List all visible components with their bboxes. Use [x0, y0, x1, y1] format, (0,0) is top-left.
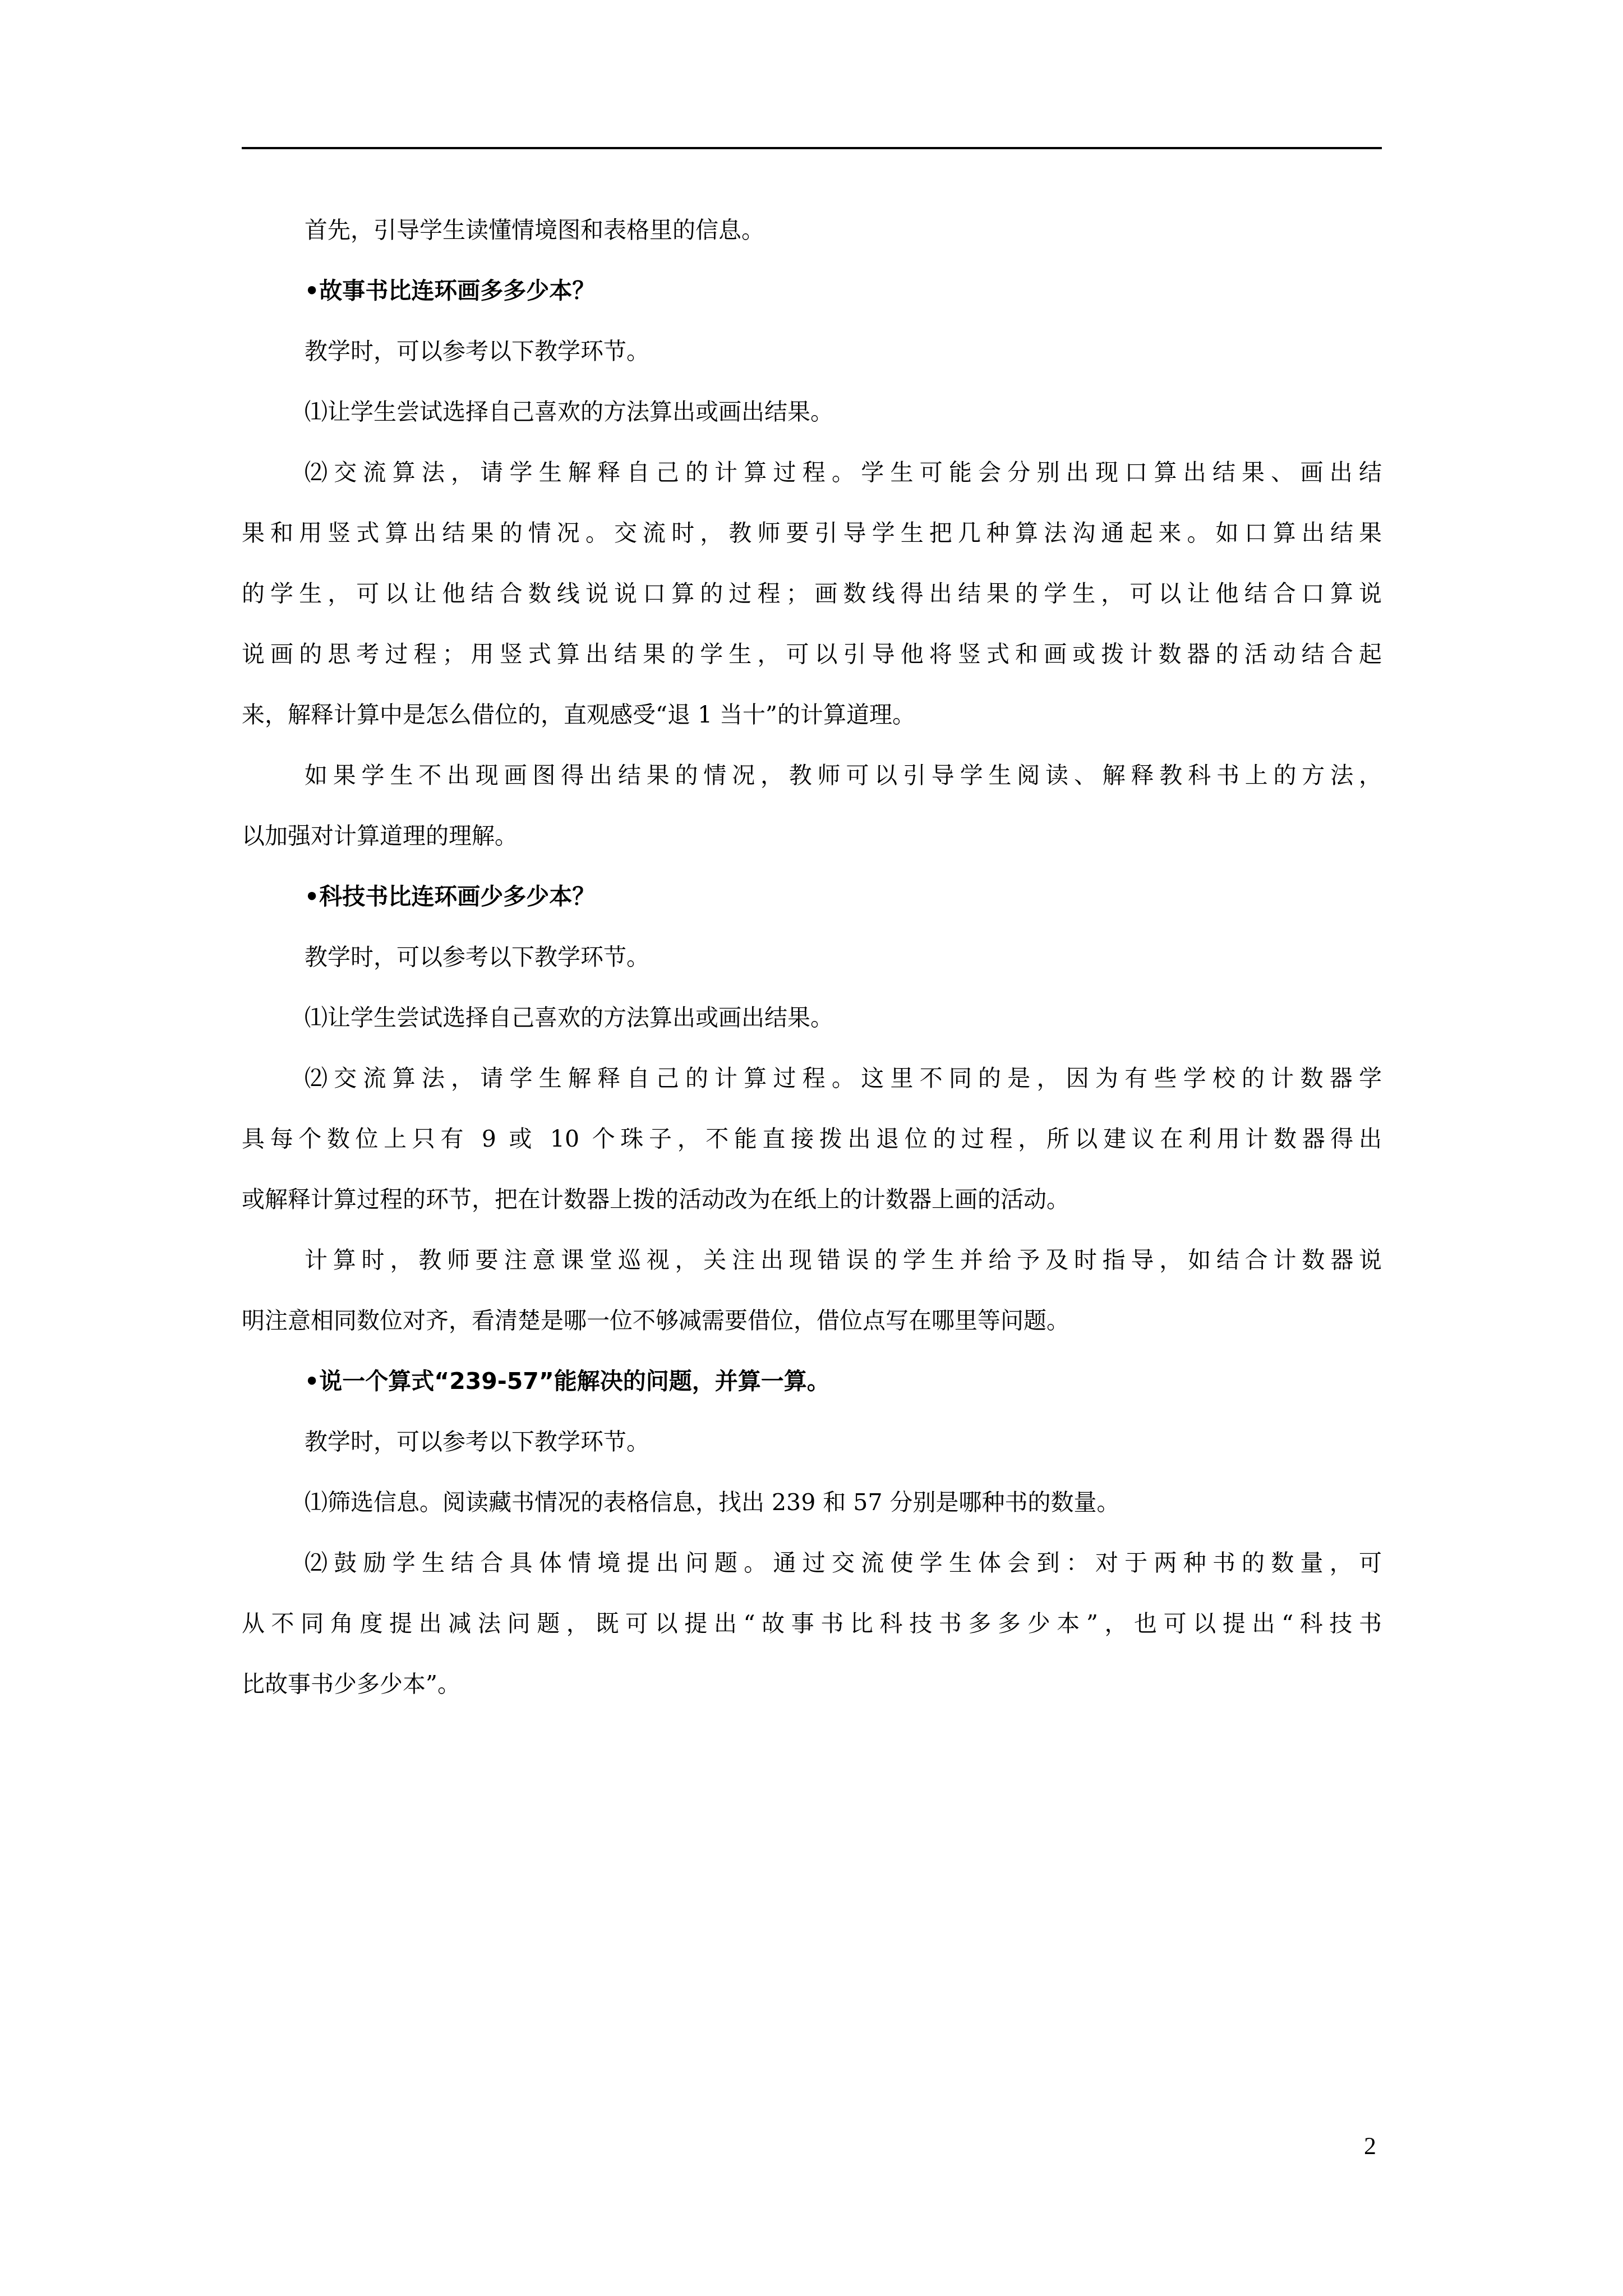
step-1: ⑴筛选信息。阅读藏书情况的表格信息，找出 239 和 57 分别是哪种书的数量。 [242, 1488, 1382, 1548]
paragraph-intro: 首先，引导学生读懂情境图和表格里的信息。 [242, 215, 1382, 276]
step-1: ⑴让学生尝试选择自己喜欢的方法算出或画出结果。 [242, 1003, 1382, 1064]
header-rule [242, 147, 1382, 149]
paragraph-teaching-note: 教学时，可以参考以下教学环节。 [242, 1427, 1382, 1488]
section-heading-239-minus-57: •说一个算式“239-57”能解决的问题，并算一算。 [242, 1366, 1382, 1427]
step-2-line: 果和用竖式算出结果的情况。交流时，教师要引导学生把几种算法沟通起来。如口算出结果 [242, 518, 1382, 579]
paragraph-teaching-note: 教学时，可以参考以下教学环节。 [242, 337, 1382, 397]
step-2-line: 的学生，可以让他结合数线说说口算的过程；画数线得出结果的学生，可以让他结合口算说 [242, 579, 1382, 639]
step-2-line: 说画的思考过程；用竖式算出结果的学生，可以引导他将竖式和画或拨计数器的活动结合起 [242, 639, 1382, 700]
document-page: 首先，引导学生读懂情境图和表格里的信息。 •故事书比连环画多多少本？ 教学时，可… [0, 0, 1623, 2296]
paragraph-line: 计算时，教师要注意课堂巡视，关注出现错误的学生并给予及时指导，如结合计数器说 [242, 1245, 1382, 1306]
document-body: 首先，引导学生读懂情境图和表格里的信息。 •故事书比连环画多多少本？ 教学时，可… [242, 215, 1382, 1730]
step-2-line: 来，解释计算中是怎么借位的，直观感受“退 1 当十”的计算道理。 [242, 700, 1382, 761]
step-2-line: 比故事书少多少本”。 [242, 1669, 1382, 1730]
step-2-line: 从不同角度提出减法问题，既可以提出“故事书比科技书多多少本”，也可以提出“科技书 [242, 1609, 1382, 1669]
section-heading-story-vs-comic: •故事书比连环画多多少本？ [242, 276, 1382, 337]
paragraph-line: 以加强对计算道理的理解。 [242, 821, 1382, 882]
step-2-line: ⑵鼓励学生结合具体情境提出问题。通过交流使学生体会到：对于两种书的数量，可 [242, 1548, 1382, 1609]
section-heading-science-vs-comic: •科技书比连环画少多少本？ [242, 882, 1382, 942]
step-2-line: 或解释计算过程的环节，把在计数器上拨的活动改为在纸上的计数器上画的活动。 [242, 1185, 1382, 1245]
paragraph-line: 明注意相同数位对齐，看清楚是哪一位不够减需要借位，借位点写在哪里等问题。 [242, 1306, 1382, 1366]
step-1: ⑴让学生尝试选择自己喜欢的方法算出或画出结果。 [242, 397, 1382, 458]
step-2-line: ⑵交流算法，请学生解释自己的计算过程。学生可能会分别出现口算出结果、画出结 [242, 458, 1382, 518]
page-number: 2 [1364, 2132, 1376, 2160]
paragraph-teaching-note: 教学时，可以参考以下教学环节。 [242, 942, 1382, 1003]
step-2-line: ⑵交流算法，请学生解释自己的计算过程。这里不同的是，因为有些学校的计数器学 [242, 1064, 1382, 1124]
step-2-line: 具每个数位上只有 9 或 10 个珠子，不能直接拨出退位的过程，所以建议在利用计… [242, 1124, 1382, 1185]
paragraph-line: 如果学生不出现画图得出结果的情况，教师可以引导学生阅读、解释教科书上的方法， [242, 761, 1382, 821]
